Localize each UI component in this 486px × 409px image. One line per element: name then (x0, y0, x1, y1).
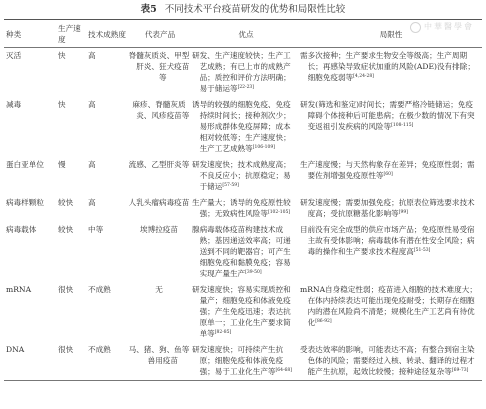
header-type: 种类 (4, 20, 56, 48)
header-limitations: 局限性 (300, 20, 482, 48)
cell-speed-text: 快 (58, 51, 66, 60)
citation-ref: [4,24-28] (353, 74, 374, 79)
citation-ref: [99] (399, 210, 408, 215)
cell-maturity-text: 中等 (88, 225, 103, 234)
cell-speed: 较快 (56, 222, 86, 282)
cell-advantages-text: 腺病毒载体疫苗构建技术成熟；基因递送效率高；可递送到不同的靶器官；可产生细胞免疫… (192, 225, 291, 278)
citation-ref: [108-115] (391, 123, 413, 128)
header-products: 代表产品 (128, 20, 192, 48)
cell-advantages: 生产量大；诱导的免疫原性较强；无致病性风险等[102-105] (192, 195, 300, 222)
cell-type-text: 灭活 (6, 51, 21, 60)
cell-maturity-text: 不成熟 (88, 345, 111, 354)
cell-advantages-text: 研发速度快；可持续产生抗原；细胞免疫和体液免疫强；易于工业化生产等 (192, 345, 283, 376)
cell-advantages: 腺病毒载体疫苗构建技术成熟；基因递送效率高；可递送到不同的靶器官；可产生细胞免疫… (192, 222, 300, 282)
table-number: 表5 (141, 4, 157, 15)
cell-advantages-text: 生产量大；诱导的免疫原性较强；无致病性风险等 (192, 198, 291, 218)
cell-type-text: DNA (6, 345, 24, 354)
cell-advantages: 研发速度快；技术成熟度高；不良反应小；抗原稳定；易于储运[57-59] (192, 157, 300, 195)
cell-limitations: mRNA自身稳定性弱；疫苗进入细胞的技术难度大；在体内持续表达可能出现免疫耐受；… (300, 282, 482, 342)
citation-ref: [64-68] (276, 368, 292, 373)
cell-products: 埃博拉疫苗 (128, 222, 192, 282)
cell-advantages: 研发、生产速度较快；生产工艺成熟；有已上市的成熟产品；质控和评价方法明确；易于储… (192, 48, 300, 98)
cell-limitations: 目前没有完全成型的供应市场产品；免疫原性易受宿主故有受体影响；病毒载体有潜在性安… (300, 222, 482, 282)
citation-ref: [86-92] (315, 319, 331, 324)
citation-ref: [82-85] (215, 330, 231, 335)
table-row: 蛋白亚单位慢高流感、乙型肝炎等研发速度快；技术成熟度高；不良反应小；抗原稳定；易… (4, 157, 482, 195)
cell-products: 无 (128, 282, 192, 342)
cell-products-text: 埃博拉疫苗 (140, 225, 178, 234)
cell-advantages: 研发速度快；容易实现质控和量产；细胞免疫和体液免疫强；产生免疫迅速；表达抗原单一… (192, 282, 300, 342)
citation-ref: [39-50] (245, 270, 261, 275)
header-speed-label: 生产速度 (58, 24, 81, 44)
cell-products-text: 流感、乙型肝炎等 (129, 160, 190, 169)
cell-limitations-text: 研发(筛选和鉴定)时间长；需要严格冷链储运；免疫障碍个体接种后可能患病；在极少数… (300, 100, 475, 131)
table-row: 减毒快高麻疹、脊髓灰质炎、风疹疫苗等诱导的较强的细胞免疫、免疫持续时间长；接种剂… (4, 97, 482, 157)
cell-type: DNA (4, 342, 56, 381)
cell-speed-text: 慢 (58, 160, 66, 169)
citation-ref: [106-109] (253, 145, 275, 150)
cell-limitations-text: 需多次接种；生产要求生物安全等级高；生产周期长；再感染导致症状加重的风险(ADE… (300, 51, 475, 82)
cell-speed-text: 较快 (58, 225, 73, 234)
cell-speed-text: 较快 (58, 198, 73, 207)
cell-maturity-text: 高 (88, 198, 96, 207)
header-speed: 生产速度 (56, 20, 86, 48)
cell-type: 减毒 (4, 97, 56, 157)
citation-ref: [60] (384, 172, 393, 177)
cell-maturity: 不成熟 (86, 342, 128, 381)
cell-products: 流感、乙型肝炎等 (128, 157, 192, 195)
citation-ref: [22-23] (238, 85, 254, 90)
citation-ref: [51-53] (414, 248, 430, 253)
cell-maturity-text: 高 (88, 51, 96, 60)
table-body: 灭活快高脊髓灰质炎、甲型肝炎、狂犬疫苗等研发、生产速度较快；生产工艺成熟；有已上… (4, 48, 482, 381)
cell-type-text: 病毒样颗粒 (6, 198, 44, 207)
cell-speed-text: 快 (58, 100, 66, 109)
cell-type-text: mRNA (6, 285, 31, 294)
comparison-table: 种类 生产速度 技术成熟度 代表产品 优点 局限性 灭活快高脊髓灰质炎、甲型肝炎… (4, 19, 482, 381)
cell-type: 病毒样颗粒 (4, 195, 56, 222)
cell-products-text: 人乳头瘤病毒疫苗 (129, 198, 190, 207)
cell-maturity-text: 不成熟 (88, 285, 111, 294)
cell-limitations: 受表达效率的影响，可能表达不高；有整合到宿主染色体的风险；需要经过入核、转录、翻… (300, 342, 482, 381)
cell-limitations: 生产速度慢；与天然构象存在差异；免疫原性弱；需要佐剂增强免疫原性等[60] (300, 157, 482, 195)
cell-advantages: 诱导的较强的细胞免疫、免疫持续时间长；接种剂次少；易形成群体免疫屏障；成本相对较… (192, 97, 300, 157)
cell-maturity-text: 高 (88, 100, 96, 109)
cell-speed: 很快 (56, 342, 86, 381)
citation-ref: [69-73] (452, 368, 468, 373)
cell-maturity: 高 (86, 157, 128, 195)
table-title: 不同技术平台疫苗研发的优势和局限性比较 (165, 4, 346, 15)
header-maturity: 技术成熟度 (86, 20, 128, 48)
cell-limitations-text: 受表达效率的影响，可能表达不高；有整合到宿主染色体的风险；需要经过入核、转录、翻… (300, 345, 475, 376)
cell-products-text: 脊髓灰质炎、甲型肝炎、狂犬疫苗等 (129, 51, 190, 82)
cell-products: 脊髓灰质炎、甲型肝炎、狂犬疫苗等 (128, 48, 192, 98)
cell-advantages-text: 诱导的较强的细胞免疫、免疫持续时间长；接种剂次少；易形成群体免疫屏障；成本相对较… (192, 100, 291, 153)
cell-maturity-text: 高 (88, 160, 96, 169)
cell-type: mRNA (4, 282, 56, 342)
cell-limitations-text: 研发速度慢；需要加强免疫；抗原表位筛选要求技术度高；受抗原糖基化影响等 (300, 198, 475, 218)
cell-products-text: 马、猪、狗、鱼等兽用疫苗 (129, 345, 190, 365)
cell-speed: 较快 (56, 195, 86, 222)
header-maturity-label: 技术成熟度 (88, 30, 126, 39)
cell-type: 灭活 (4, 48, 56, 98)
cell-limitations: 研发(筛选和鉴定)时间长；需要严格冷链储运；免疫障碍个体接种后可能患病；在极少数… (300, 97, 482, 157)
cell-advantages: 研发速度快；可持续产生抗原；细胞免疫和体液免疫强；易于工业化生产等[64-68] (192, 342, 300, 381)
cell-type-text: 蛋白亚单位 (6, 160, 44, 169)
cell-limitations-text: 生产速度慢；与天然构象存在差异；免疫原性弱；需要佐剂增强免疫原性等 (300, 160, 475, 180)
cell-type: 蛋白亚单位 (4, 157, 56, 195)
cell-limitations: 研发速度慢；需要加强免疫；抗原表位筛选要求技术度高；受抗原糖基化影响等[99] (300, 195, 482, 222)
cell-limitations-text: 目前没有完全成型的供应市场产品；免疫原性易受宿主故有受体影响；病毒载体有潜在性安… (300, 225, 475, 256)
cell-maturity: 高 (86, 48, 128, 98)
table-row: mRNA很快不成熟无研发速度快；容易实现质控和量产；细胞免疫和体液免疫强；产生免… (4, 282, 482, 342)
cell-type-text: 病毒载体 (6, 225, 36, 234)
cell-products: 马、猪、狗、鱼等兽用疫苗 (128, 342, 192, 381)
cell-type-text: 减毒 (6, 100, 21, 109)
cell-speed-text: 很快 (58, 285, 73, 294)
cell-advantages-text: 研发速度快；容易实现质控和量产；细胞免疫和体液免疫强；产生免疫迅速；表达抗原单一… (192, 285, 291, 338)
citation-ref: [57-59] (222, 183, 238, 188)
citation-ref: [102-105] (268, 210, 290, 215)
cell-maturity: 中等 (86, 222, 128, 282)
cell-products-text: 麻疹、脊髓灰质炎、风疹疫苗等 (132, 100, 189, 120)
cell-maturity: 高 (86, 97, 128, 157)
header-advantages: 优点 (192, 20, 300, 48)
cell-maturity: 不成熟 (86, 282, 128, 342)
table-row: 病毒载体较快中等埃博拉疫苗腺病毒载体疫苗构建技术成熟；基因递送效率高；可递送到不… (4, 222, 482, 282)
table-row: 灭活快高脊髓灰质炎、甲型肝炎、狂犬疫苗等研发、生产速度较快；生产工艺成熟；有已上… (4, 48, 482, 98)
cell-maturity: 高 (86, 195, 128, 222)
cell-speed-text: 很快 (58, 345, 73, 354)
table-caption: 表5不同技术平台疫苗研发的优势和局限性比较 (0, 4, 486, 16)
table-header-row: 种类 生产速度 技术成熟度 代表产品 优点 局限性 (4, 20, 482, 48)
cell-speed: 快 (56, 97, 86, 157)
cell-products: 人乳头瘤病毒疫苗 (128, 195, 192, 222)
cell-type: 病毒载体 (4, 222, 56, 282)
cell-speed: 很快 (56, 282, 86, 342)
cell-products-text: 无 (155, 285, 163, 294)
cell-speed: 快 (56, 48, 86, 98)
cell-products: 麻疹、脊髓灰质炎、风疹疫苗等 (128, 97, 192, 157)
cell-speed: 慢 (56, 157, 86, 195)
table-row: DNA很快不成熟马、猪、狗、鱼等兽用疫苗研发速度快；可持续产生抗原；细胞免疫和体… (4, 342, 482, 381)
table-row: 病毒样颗粒较快高人乳头瘤病毒疫苗生产量大；诱导的免疫原性较强；无致病性风险等[1… (4, 195, 482, 222)
cell-limitations: 需多次接种；生产要求生物安全等级高；生产周期长；再感染导致症状加重的风险(ADE… (300, 48, 482, 98)
cell-advantages-text: 研发速度快；技术成熟度高；不良反应小；抗原稳定；易于储运 (192, 160, 291, 191)
